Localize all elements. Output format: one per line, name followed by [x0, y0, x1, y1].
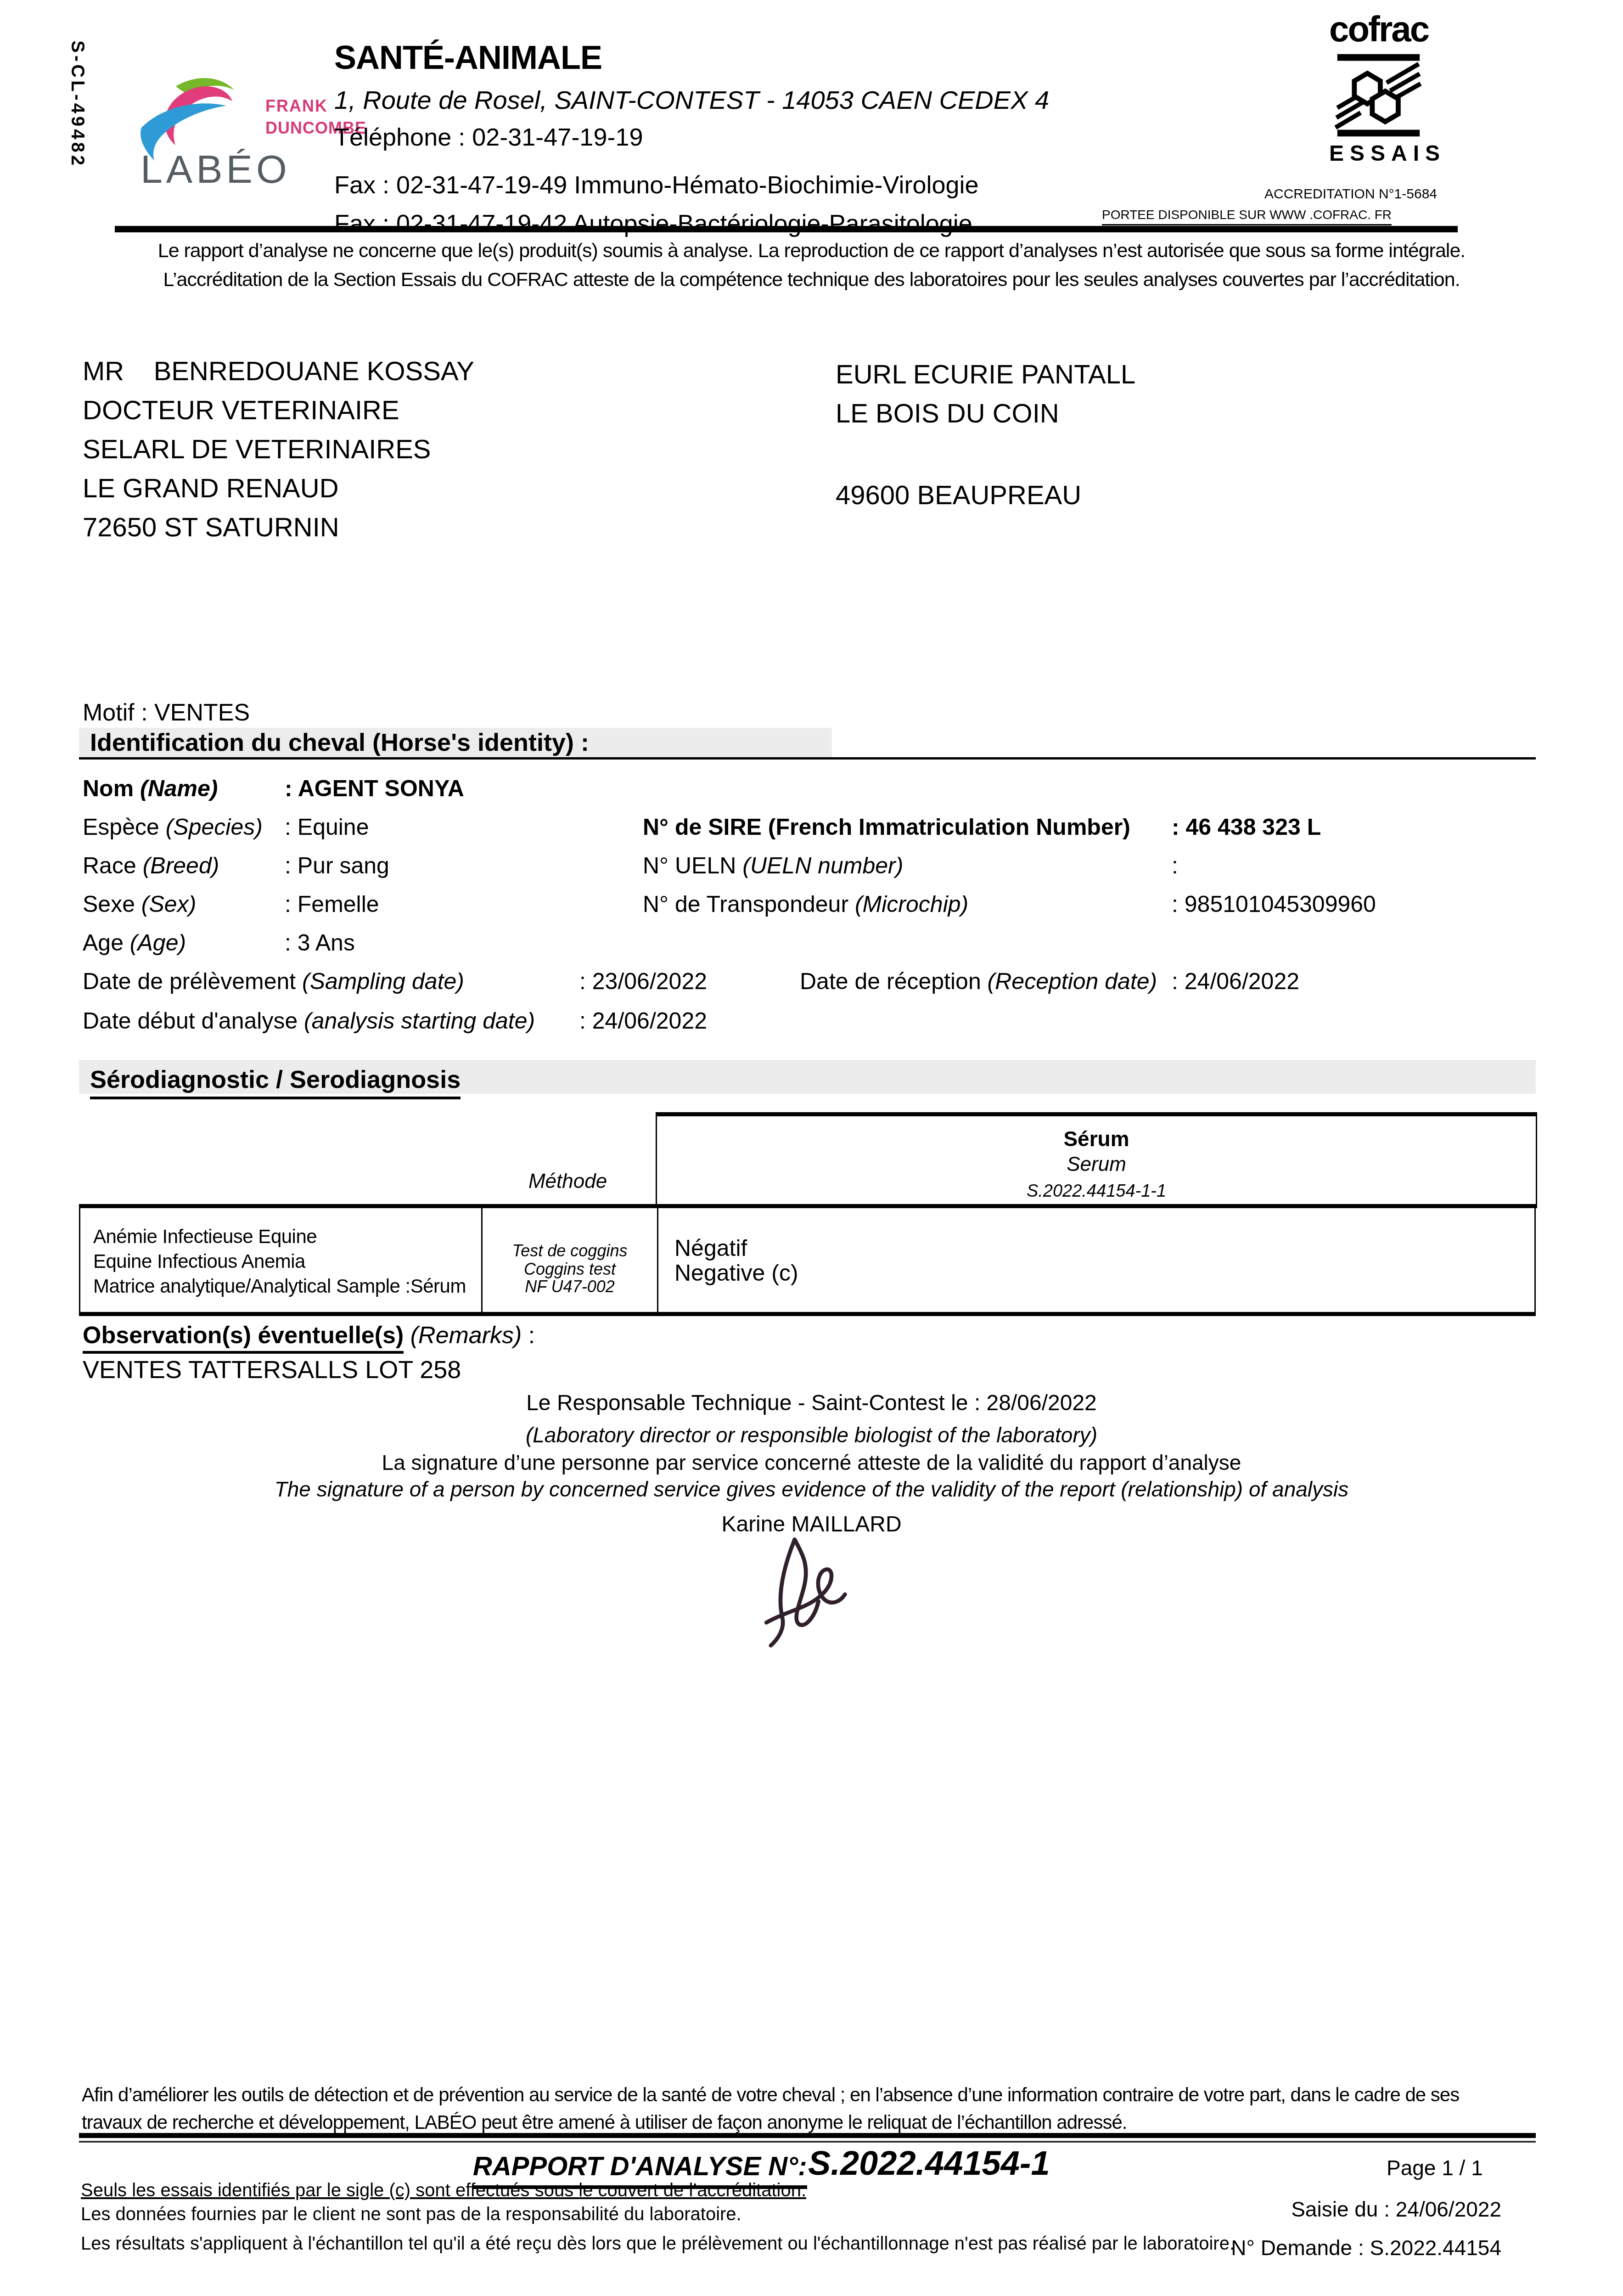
field-race-label-paren: (Breed) — [143, 853, 219, 878]
field-analysis-start-label: Date début d'analyse (analysis starting … — [83, 1007, 535, 1034]
footer-note-2: Les données fournies par le client ne so… — [81, 2204, 741, 2225]
field-sexe-label-text: Sexe — [83, 891, 141, 917]
field-espece-value: : Equine — [285, 814, 369, 840]
field-age-label-text: Age — [83, 930, 130, 956]
signoff-line-1: Le Responsable Technique - Saint-Contest… — [0, 1390, 1623, 1416]
motif-line: Motif : VENTES — [83, 699, 250, 726]
owner-line-3: 49600 BEAUPREAU — [836, 480, 1081, 511]
field-espece-label: Espèce (Species) — [83, 814, 263, 840]
field-race-value: : Pur sang — [285, 852, 389, 879]
signer-name: Karine MAILLARD — [0, 1512, 1623, 1537]
addressee-line: SELARL DE VETERINAIRES — [83, 434, 474, 473]
field-transpondeur-label: N° de Transpondeur (Microchip) — [643, 891, 968, 917]
report-number-value: S.2022.44154-1 — [808, 2144, 1050, 2183]
field-nom-label-paren: (Name) — [140, 776, 218, 801]
addressee-line: MR BENREDOUANE KOSSAY — [83, 356, 474, 395]
serum-header-cell: Sérum Serum S.2022.44154-1-1 — [656, 1112, 1537, 1208]
header-phone: Téléphone : 02-31-47-19-19 — [334, 123, 643, 152]
field-sexe-value: : Femelle — [285, 891, 379, 917]
remarks-label-paren: (Remarks) — [404, 1322, 522, 1349]
remarks-value: VENTES TATTERSALLS LOT 258 — [83, 1356, 461, 1384]
remarks-label: Observation(s) éventuelle(s) (Remarks) : — [83, 1322, 535, 1349]
signoff-line-2: (Laboratory director or responsible biol… — [0, 1423, 1623, 1447]
saisie-date: Saisie du : 24/06/2022 — [1171, 2197, 1501, 2222]
results-table-row: Anémie Infectieuse Equine Equine Infecti… — [79, 1204, 1536, 1316]
field-sampling-date-label-paren: (Sampling date) — [302, 968, 464, 994]
field-race-label-text: Race — [83, 853, 143, 878]
serology-section-title: Sérodiagnostic / Serodiagnosis — [90, 1065, 461, 1099]
cofrac-wordmark: cofrac — [1329, 8, 1428, 50]
brand-labeo: LABÉO — [140, 147, 291, 192]
field-sampling-date-label-text: Date de prélèvement — [83, 968, 302, 994]
field-analysis-start-value: : 24/06/2022 — [579, 1007, 707, 1034]
serum-subtitle: Serum — [657, 1153, 1536, 1176]
research-note-1: Afin d’améliorer les outils de détection… — [82, 2084, 1459, 2106]
field-reception-date-label-paren: (Reception date) — [988, 968, 1157, 994]
field-reception-date-value: : 24/06/2022 — [1172, 968, 1299, 995]
field-ueln-value: : — [1172, 852, 1178, 879]
signature-icon — [741, 1536, 865, 1651]
methode-column-label: Méthode — [480, 1170, 656, 1193]
field-transpondeur-label-text: N° de Transpondeur — [643, 891, 855, 917]
identification-divider — [79, 757, 1536, 760]
owner-line-2: LE BOIS DU COIN — [836, 398, 1059, 429]
table-divider-2 — [657, 1208, 658, 1312]
footer-divider — [79, 2133, 1536, 2143]
field-analysis-start-label-text: Date début d'analyse — [83, 1008, 304, 1034]
addressee-line: LE GRAND RENAUD — [83, 473, 474, 512]
analyte-line-2: Equine Infectious Anemia — [93, 1250, 305, 1272]
analyte-line-3: Matrice analytique/Analytical Sample :Sé… — [93, 1275, 466, 1297]
cofrac-essais-label: ESSAIS — [1329, 141, 1428, 166]
remarks-label-main: Observation(s) éventuelle(s) — [83, 1322, 404, 1354]
accreditation-number: ACCREDITATION N°1-5684 — [1198, 186, 1437, 202]
field-analysis-start-label-paren: (analysis starting date) — [304, 1008, 535, 1034]
field-sampling-date-value: : 23/06/2022 — [579, 968, 707, 995]
page-indicator: Page 1 / 1 — [1387, 2155, 1483, 2180]
report-page: S-CL-49482 FRANK DUNCOMBE LABÉO SANTÉ-AN… — [0, 0, 1623, 2296]
field-nom-label: Nom (Name) — [83, 775, 218, 802]
field-reception-date-label-text: Date de réception — [800, 968, 988, 994]
header-fax-2: Fax : 02-31-47-19-42 Autopsie-Bactériolo… — [334, 209, 972, 238]
field-reception-date-label: Date de réception (Reception date) — [800, 968, 1157, 995]
field-ueln-label-text: N° UELN — [643, 853, 742, 878]
side-code: S-CL-49482 — [67, 40, 88, 168]
field-transpondeur-label-paren: (Microchip) — [855, 891, 968, 917]
method-line-1: Test de coggins — [483, 1241, 657, 1261]
disclaimer-line-2: L’accréditation de la Section Essais du … — [0, 269, 1623, 291]
field-ueln-label-paren: (UELN number) — [742, 853, 903, 878]
header-address: 1, Route de Rosel, SAINT-CONTEST - 14053… — [334, 85, 1049, 115]
field-ueln-label: N° UELN (UELN number) — [643, 852, 903, 879]
sample-id: S.2022.44154-1-1 — [657, 1182, 1536, 1201]
footer-note-3: Les résultats s'appliquent à l'échantill… — [81, 2234, 1235, 2254]
field-espece-label-text: Espèce — [83, 814, 166, 840]
research-note-2: travaux de recherche et développement, L… — [82, 2111, 1127, 2133]
brand-frank: FRANK — [265, 96, 328, 116]
field-nom-label-text: Nom — [83, 776, 140, 801]
header-title: SANTÉ-ANIMALE — [334, 39, 602, 77]
cofrac-portee-link: PORTEE DISPONIBLE SUR WWW .COFRAC. FR — [1102, 208, 1392, 225]
field-age-label-paren: (Age) — [130, 930, 186, 956]
serology-section-header: Sérodiagnostic / Serodiagnosis — [79, 1060, 1536, 1094]
header-divider — [115, 226, 1458, 232]
field-sexe-label-paren: (Sex) — [141, 891, 196, 917]
identification-section-title: Identification du cheval (Horse's identi… — [90, 728, 589, 757]
signoff-line-3: La signature d’une personne par service … — [0, 1450, 1623, 1475]
method-line-3: NF U47-002 — [483, 1277, 657, 1296]
field-race-label: Race (Breed) — [83, 852, 219, 879]
result-line-1: Négatif — [674, 1235, 747, 1261]
serum-title: Sérum — [657, 1126, 1536, 1151]
disclaimer-line-1: Le rapport d’analyse ne concerne que le(… — [0, 240, 1623, 262]
addressee-line: DOCTEUR VETERINAIRE — [83, 395, 474, 434]
result-line-2: Negative (c) — [674, 1260, 798, 1286]
field-espece-label-paren: (Species) — [166, 814, 263, 840]
cofrac-emblem-icon — [1334, 51, 1423, 140]
field-sexe-label: Sexe (Sex) — [83, 891, 196, 917]
method-line-2: Coggins test — [483, 1260, 657, 1279]
signoff-line-4: The signature of a person by concerned s… — [0, 1477, 1623, 1502]
analyte-line-1: Anémie Infectieuse Equine — [93, 1226, 317, 1248]
field-transpondeur-value: : 985101045309960 — [1172, 891, 1376, 917]
field-age-label: Age (Age) — [83, 929, 186, 956]
addressee-block: MR BENREDOUANE KOSSAY DOCTEUR VETERINAIR… — [83, 356, 474, 551]
addressee-line: 72650 ST SATURNIN — [83, 512, 474, 551]
field-sampling-date-label: Date de prélèvement (Sampling date) — [83, 968, 464, 995]
footer-note-1: Seuls les essais identifiés par le sigle… — [81, 2180, 806, 2201]
owner-line-1: EURL ECURIE PANTALL — [836, 359, 1135, 390]
field-nom-value: : AGENT SONYA — [285, 775, 464, 802]
header-fax-1: Fax : 02-31-47-19-49 Immuno-Hémato-Bioch… — [334, 171, 979, 199]
field-sire-label: N° de SIRE (French Immatriculation Numbe… — [643, 814, 1130, 840]
remarks-label-colon: : — [522, 1322, 535, 1349]
identification-section-header: Identification du cheval (Horse's identi… — [79, 728, 832, 757]
demande-number: N° Demande : S.2022.44154 — [1125, 2235, 1501, 2260]
field-sire-value: : 46 438 323 L — [1172, 814, 1321, 840]
field-age-value: : 3 Ans — [285, 929, 355, 956]
